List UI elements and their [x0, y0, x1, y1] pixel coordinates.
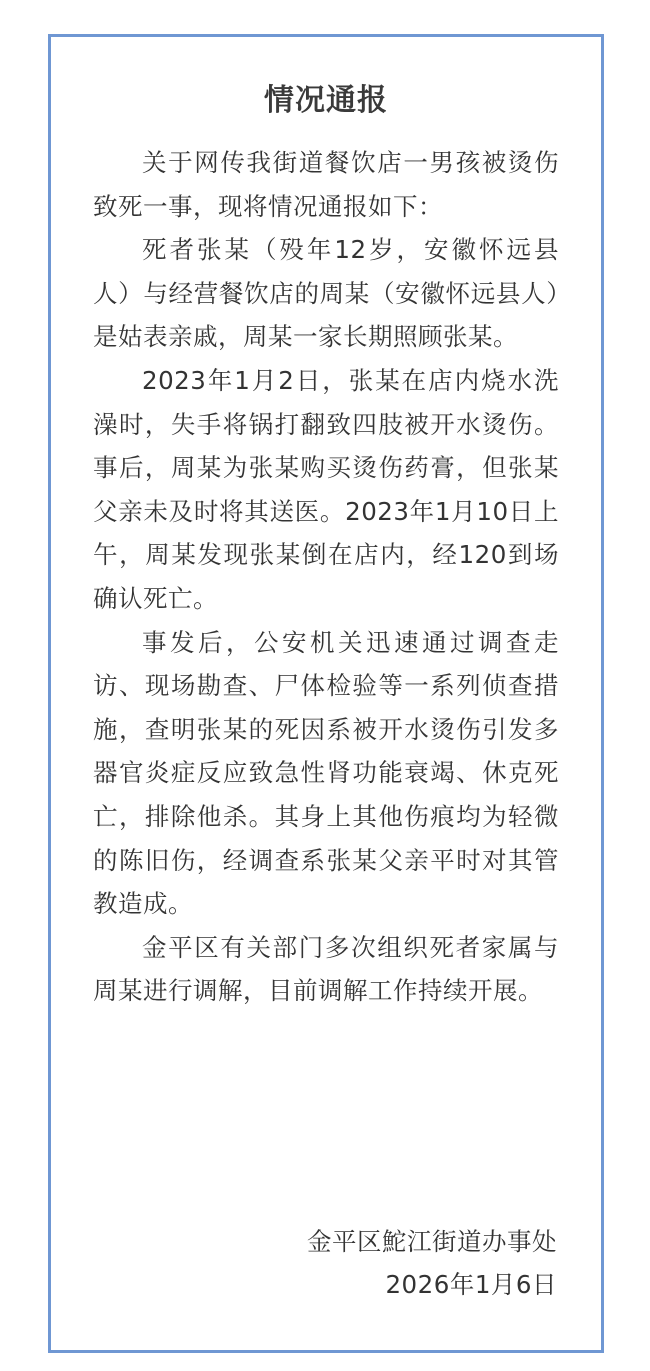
paragraph-intro: 关于网传我街道餐饮店一男孩被烫伤致死一事，现将情况通报如下：	[93, 141, 559, 228]
paragraph-relationship: 死者张某（殁年12岁，安徽怀远县人）与经营餐饮店的周某（安徽怀远县人）是姑表亲戚…	[93, 228, 559, 359]
paragraph-investigation: 事发后，公安机关迅速通过调查走访、现场勘查、尸体检验等一系列侦查措施，查明张某的…	[93, 621, 559, 926]
paragraph-incident: 2023年1月2日，张某在店内烧水洗澡时，失手将锅打翻致四肢被开水烫伤。事后，周…	[93, 359, 559, 621]
paragraph-mediation: 金平区有关部门多次组织死者家属与周某进行调解，目前调解工作持续开展。	[93, 926, 559, 1013]
notice-frame: 情况通报 关于网传我街道餐饮店一男孩被烫伤致死一事，现将情况通报如下： 死者张某…	[48, 34, 604, 1353]
signature-block: 金平区鮀江街道办事处 2026年1月6日	[307, 1220, 557, 1306]
issuer-name: 金平区鮀江街道办事处	[307, 1220, 557, 1263]
issue-date: 2026年1月6日	[307, 1263, 557, 1306]
notice-body: 关于网传我街道餐饮店一男孩被烫伤致死一事，现将情况通报如下： 死者张某（殁年12…	[93, 141, 559, 1013]
notice-title: 情况通报	[51, 81, 601, 121]
